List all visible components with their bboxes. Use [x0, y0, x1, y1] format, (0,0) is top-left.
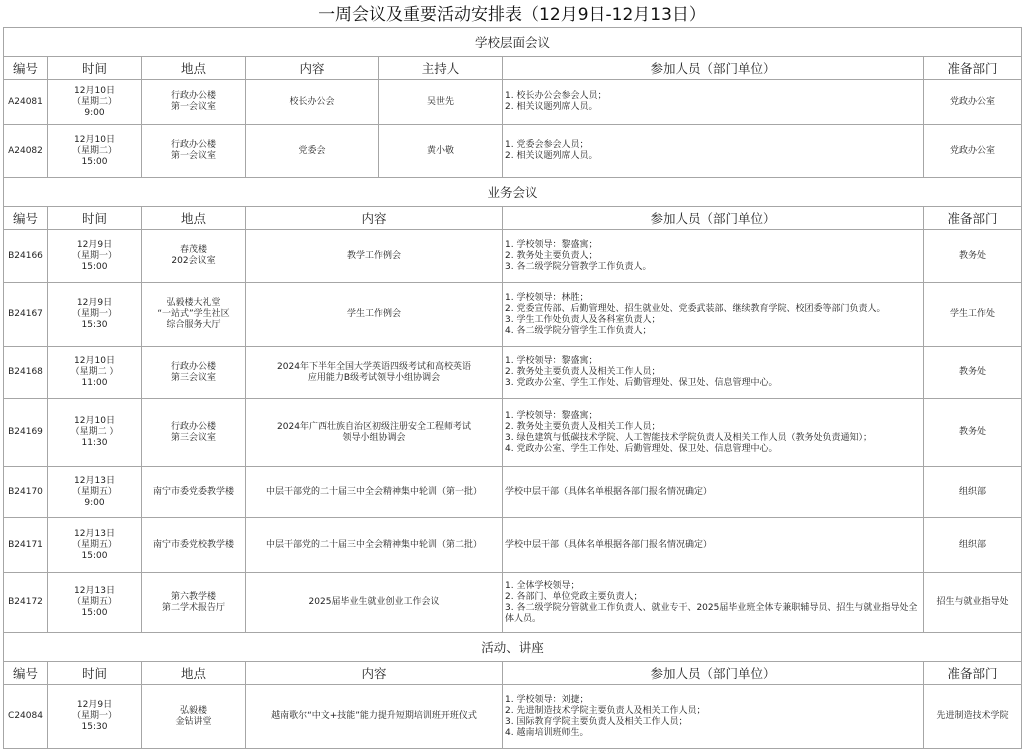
col-content: 内容 — [246, 207, 503, 230]
table-row: B24172 12月13日 （星期五） 15:00 第六教学楼 第二学术报告厅 … — [4, 573, 1022, 633]
schedule-table: 学校层面会议 编号 时间 地点 内容 主持人 参加人员（部门单位） 准备部门 A… — [3, 27, 1022, 749]
cell-place: 行政办公楼 第一会议室 — [142, 125, 246, 178]
cell-place: 弘毅楼 金钻讲堂 — [142, 685, 246, 749]
cell-content: 学生工作例会 — [246, 283, 503, 347]
cell-attendees: 学校中层干部（具体名单根据各部门报名情况确定） — [503, 518, 924, 573]
cell-time: 12月13日 （星期五） 15:00 — [48, 518, 142, 573]
cell-dept: 先进制造技术学院 — [924, 685, 1022, 749]
cell-id: B24167 — [4, 283, 48, 347]
col-attendees: 参加人员（部门单位） — [503, 662, 924, 685]
table-row: B24166 12月9日 （星期一） 15:00 春茂楼 202会议室 教学工作… — [4, 230, 1022, 283]
cell-attendees: 1. 学校领导：黎盛寓； 2. 教务处主要负责人及相关工作人员； 3. 绿色建筑… — [503, 399, 924, 467]
section-header-school-meetings: 学校层面会议 — [4, 28, 1022, 57]
column-header-row: 编号 时间 地点 内容 参加人员（部门单位） 准备部门 — [4, 662, 1022, 685]
col-place: 地点 — [142, 57, 246, 80]
cell-attendees: 1. 学校领导：黎盛寓； 2. 教务处主要负责人及相关工作人员； 3. 党政办公… — [503, 347, 924, 399]
cell-id: B24172 — [4, 573, 48, 633]
section-header-activities-lectures: 活动、讲座 — [4, 633, 1022, 662]
col-id: 编号 — [4, 662, 48, 685]
col-host: 主持人 — [379, 57, 503, 80]
cell-host: 黄小敬 — [379, 125, 503, 178]
col-dept: 准备部门 — [924, 57, 1022, 80]
cell-place: 南宁市委党委教学楼 — [142, 467, 246, 518]
cell-dept: 教务处 — [924, 399, 1022, 467]
cell-attendees: 1. 校长办公会参会人员； 2. 相关议题列席人员。 — [503, 80, 924, 125]
cell-time: 12月10日 （星期二 ） 11:00 — [48, 347, 142, 399]
cell-attendees: 学校中层干部（具体名单根据各部门报名情况确定） — [503, 467, 924, 518]
cell-host: 吴世先 — [379, 80, 503, 125]
col-place: 地点 — [142, 207, 246, 230]
cell-place: 弘毅楼大礼堂 “一站式”学生社区 综合服务大厅 — [142, 283, 246, 347]
table-row: A24082 12月10日 （星期二） 15:00 行政办公楼 第一会议室 党委… — [4, 125, 1022, 178]
cell-content: 中层干部党的二十届三中全会精神集中轮训（第二批） — [246, 518, 503, 573]
cell-time: 12月10日 （星期二 ） 11:30 — [48, 399, 142, 467]
cell-dept: 党政办公室 — [924, 125, 1022, 178]
cell-time: 12月10日 （星期二） 15:00 — [48, 125, 142, 178]
table-row: B24167 12月9日 （星期一） 15:30 弘毅楼大礼堂 “一站式”学生社… — [4, 283, 1022, 347]
cell-content: 2025届毕业生就业创业工作会议 — [246, 573, 503, 633]
cell-content: 2024年广西壮族自治区初级注册安全工程师考试 领导小组协调会 — [246, 399, 503, 467]
cell-id: A24081 — [4, 80, 48, 125]
column-header-row: 编号 时间 地点 内容 参加人员（部门单位） 准备部门 — [4, 207, 1022, 230]
cell-time: 12月9日 （星期一） 15:00 — [48, 230, 142, 283]
page-title: 一周会议及重要活动安排表（12月9日-12月13日） — [0, 3, 1024, 27]
col-content: 内容 — [246, 57, 379, 80]
cell-place: 行政办公楼 第三会议室 — [142, 347, 246, 399]
col-id: 编号 — [4, 57, 48, 80]
cell-place: 行政办公楼 第一会议室 — [142, 80, 246, 125]
col-dept: 准备部门 — [924, 662, 1022, 685]
cell-place: 南宁市委党校教学楼 — [142, 518, 246, 573]
cell-dept: 学生工作处 — [924, 283, 1022, 347]
cell-attendees: 1. 学校领导：黎盛寓； 2. 教务处主要负责人； 3. 各二级学院分管教学工作… — [503, 230, 924, 283]
section-header-business-meetings: 业务会议 — [4, 178, 1022, 207]
section-title: 学校层面会议 — [4, 28, 1022, 57]
cell-attendees: 1. 学校领导：刘捷； 2. 先进制造技术学院主要负责人及相关工作人员； 3. … — [503, 685, 924, 749]
col-place: 地点 — [142, 662, 246, 685]
table-row: B24171 12月13日 （星期五） 15:00 南宁市委党校教学楼 中层干部… — [4, 518, 1022, 573]
schedule-page: 一周会议及重要活动安排表（12月9日-12月13日） 学校层面会议 编号 时间 … — [0, 0, 1024, 755]
cell-time: 12月9日 （星期一） 15:30 — [48, 283, 142, 347]
cell-time: 12月9日 （星期一） 15:30 — [48, 685, 142, 749]
cell-id: B24171 — [4, 518, 48, 573]
cell-time: 12月13日 （星期五） 15:00 — [48, 573, 142, 633]
cell-id: B24169 — [4, 399, 48, 467]
column-header-row: 编号 时间 地点 内容 主持人 参加人员（部门单位） 准备部门 — [4, 57, 1022, 80]
cell-id: A24082 — [4, 125, 48, 178]
col-id: 编号 — [4, 207, 48, 230]
cell-id: C24084 — [4, 685, 48, 749]
table-row: B24168 12月10日 （星期二 ） 11:00 行政办公楼 第三会议室 2… — [4, 347, 1022, 399]
cell-content: 教学工作例会 — [246, 230, 503, 283]
col-time: 时间 — [48, 57, 142, 80]
cell-dept: 教务处 — [924, 230, 1022, 283]
cell-attendees: 1. 学校领导：林胜； 2. 党委宣传部、后勤管理处、招生就业处、党委武装部、继… — [503, 283, 924, 347]
section-title: 活动、讲座 — [4, 633, 1022, 662]
cell-id: B24166 — [4, 230, 48, 283]
table-row: B24169 12月10日 （星期二 ） 11:30 行政办公楼 第三会议室 2… — [4, 399, 1022, 467]
cell-content: 越南歌尔“中文+技能”能力提升短期培训班开班仪式 — [246, 685, 503, 749]
cell-content: 党委会 — [246, 125, 379, 178]
cell-dept: 招生与就业指导处 — [924, 573, 1022, 633]
cell-id: B24170 — [4, 467, 48, 518]
cell-attendees: 1. 党委会参会人员； 2. 相关议题列席人员。 — [503, 125, 924, 178]
col-attendees: 参加人员（部门单位） — [503, 207, 924, 230]
table-row: C24084 12月9日 （星期一） 15:30 弘毅楼 金钻讲堂 越南歌尔“中… — [4, 685, 1022, 749]
cell-content: 校长办公会 — [246, 80, 379, 125]
col-attendees: 参加人员（部门单位） — [503, 57, 924, 80]
cell-time: 12月10日 （星期二） 9:00 — [48, 80, 142, 125]
col-content: 内容 — [246, 662, 503, 685]
table-row: A24081 12月10日 （星期二） 9:00 行政办公楼 第一会议室 校长办… — [4, 80, 1022, 125]
col-time: 时间 — [48, 207, 142, 230]
cell-time: 12月13日 （星期五） 9:00 — [48, 467, 142, 518]
section-title: 业务会议 — [4, 178, 1022, 207]
cell-dept: 教务处 — [924, 347, 1022, 399]
col-time: 时间 — [48, 662, 142, 685]
cell-dept: 组织部 — [924, 467, 1022, 518]
cell-place: 行政办公楼 第三会议室 — [142, 399, 246, 467]
cell-attendees: 1. 全体学校领导； 2. 各部门、单位党政主要负责人； 3. 各二级学院分管就… — [503, 573, 924, 633]
cell-dept: 组织部 — [924, 518, 1022, 573]
cell-content: 2024年下半年全国大学英语四级考试和高校英语 应用能力B级考试领导小组协调会 — [246, 347, 503, 399]
cell-id: B24168 — [4, 347, 48, 399]
col-dept: 准备部门 — [924, 207, 1022, 230]
cell-dept: 党政办公室 — [924, 80, 1022, 125]
table-row: B24170 12月13日 （星期五） 9:00 南宁市委党委教学楼 中层干部党… — [4, 467, 1022, 518]
cell-place: 春茂楼 202会议室 — [142, 230, 246, 283]
cell-place: 第六教学楼 第二学术报告厅 — [142, 573, 246, 633]
cell-content: 中层干部党的二十届三中全会精神集中轮训（第一批） — [246, 467, 503, 518]
